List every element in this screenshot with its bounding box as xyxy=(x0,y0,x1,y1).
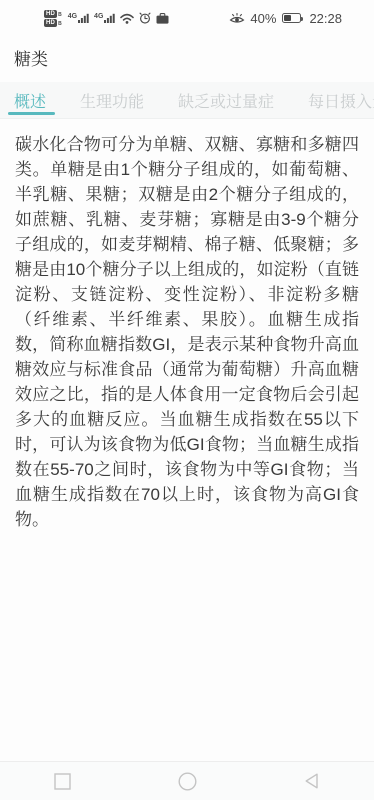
status-bar-left: HD B HD B 4G 4G xyxy=(44,10,169,27)
hd-badge-sub: B xyxy=(58,21,62,27)
tab-daily-intake[interactable]: 每日摄入量 xyxy=(308,89,374,112)
eye-comfort-icon xyxy=(229,13,245,24)
volte-hd-icon-sim2: HD B xyxy=(44,19,62,27)
phone-screen: HD B HD B 4G 4G xyxy=(0,0,374,800)
recents-button[interactable] xyxy=(0,773,125,790)
alarm-clock-icon xyxy=(139,12,151,24)
volte-hd-icon-sim1: HD B xyxy=(44,10,62,18)
hd-badge-sub: B xyxy=(58,12,62,18)
hd-badge: HD xyxy=(44,19,57,27)
briefcase-icon xyxy=(156,13,169,24)
status-bar: HD B HD B 4G 4G xyxy=(0,0,374,36)
back-triangle-icon xyxy=(303,772,321,790)
signal-bars-icon xyxy=(78,13,89,23)
active-tab-indicator xyxy=(8,112,55,116)
article-paragraph: 碳水化合物可分为单糖、双糖、寡糖和多糖四类。单糖是由1个糖分子组成的，如葡萄糖、… xyxy=(15,132,359,532)
page-header: 糖类 xyxy=(0,36,374,82)
signal-bars-icon xyxy=(104,13,115,23)
page-title: 糖类 xyxy=(14,49,360,70)
android-nav-bar xyxy=(0,761,374,800)
network-type-label: 4G xyxy=(94,13,103,20)
article-content: 碳水化合物可分为单糖、双糖、寡糖和多糖四类。单糖是由1个糖分子组成的，如葡萄糖、… xyxy=(0,119,374,532)
clock-time: 22:28 xyxy=(309,11,342,26)
battery-cap xyxy=(301,17,303,22)
battery-icon xyxy=(282,13,301,23)
back-button[interactable] xyxy=(249,772,374,790)
tab-physiological-function[interactable]: 生理功能 xyxy=(80,89,144,112)
wifi-icon xyxy=(120,13,134,24)
recents-square-icon xyxy=(54,773,71,790)
volte-hd-icons: HD B HD B xyxy=(44,10,62,27)
tab-deficiency-excess[interactable]: 缺乏或过量症 xyxy=(178,89,274,112)
signal-strength-icon-sim1: 4G xyxy=(68,13,89,23)
tab-overview[interactable]: 概述 xyxy=(14,89,46,112)
hd-badge: HD xyxy=(44,10,57,18)
signal-strength-icon-sim2: 4G xyxy=(94,13,115,23)
battery-fill xyxy=(284,15,291,21)
home-button[interactable] xyxy=(125,772,250,791)
battery-percent-label: 40% xyxy=(250,11,276,26)
status-bar-right: 40% 22:28 xyxy=(229,11,342,26)
home-circle-icon xyxy=(178,772,197,791)
network-type-label: 4G xyxy=(68,13,77,20)
tab-bar: 概述 生理功能 缺乏或过量症 每日摄入量 xyxy=(0,82,374,119)
